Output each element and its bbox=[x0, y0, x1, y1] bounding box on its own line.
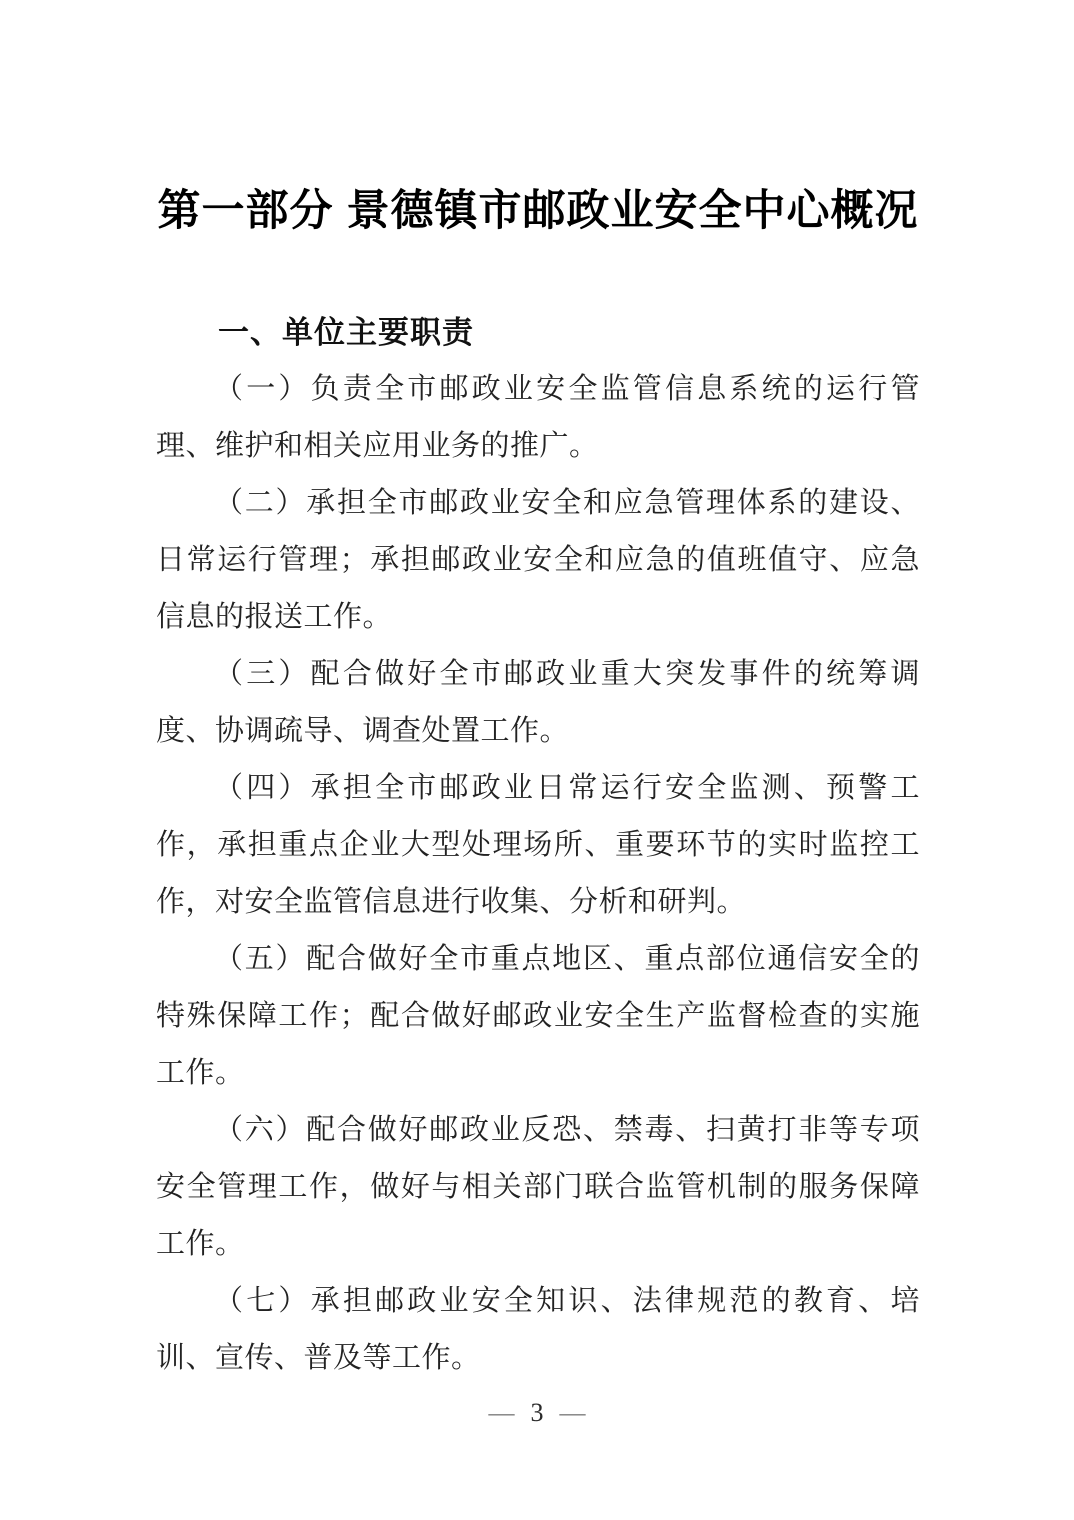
body-paragraph-7: （七）承担邮政业安全知识、法律规范的教育、培训、宣传、普及等工作。 bbox=[156, 1273, 920, 1387]
body-paragraph-2: （二）承担全市邮政业安全和应急管理体系的建设、日常运行管理；承担邮政业安全和应急… bbox=[156, 475, 920, 646]
footer-dash-left: — bbox=[473, 1398, 531, 1427]
body-paragraph-6: （六）配合做好邮政业反恐、禁毒、扫黄打非等专项安全管理工作，做好与相关部门联合监… bbox=[156, 1102, 920, 1273]
footer-dash-right: — bbox=[544, 1398, 602, 1427]
page-number: 3 bbox=[531, 1398, 544, 1427]
body-paragraph-5: （五）配合做好全市重点地区、重点部位通信安全的特殊保障工作；配合做好邮政业安全生… bbox=[156, 931, 920, 1102]
page-title: 第一部分 景德镇市邮政业安全中心概况 bbox=[156, 180, 920, 242]
body-paragraph-4: （四）承担全市邮政业日常运行安全监测、预警工作，承担重点企业大型处理场所、重要环… bbox=[156, 760, 920, 931]
section-heading: 一、单位主要职责 bbox=[156, 304, 920, 361]
body-paragraph-1: （一）负责全市邮政业安全监管信息系统的运行管理、维护和相关应用业务的推广。 bbox=[156, 361, 920, 475]
document-page: 第一部分 景德镇市邮政业安全中心概况 一、单位主要职责 （一）负责全市邮政业安全… bbox=[0, 0, 1074, 1520]
body-paragraph-3: （三）配合做好全市邮政业重大突发事件的统筹调度、协调疏导、调查处置工作。 bbox=[156, 646, 920, 760]
page-footer: —3— bbox=[0, 1396, 1074, 1430]
